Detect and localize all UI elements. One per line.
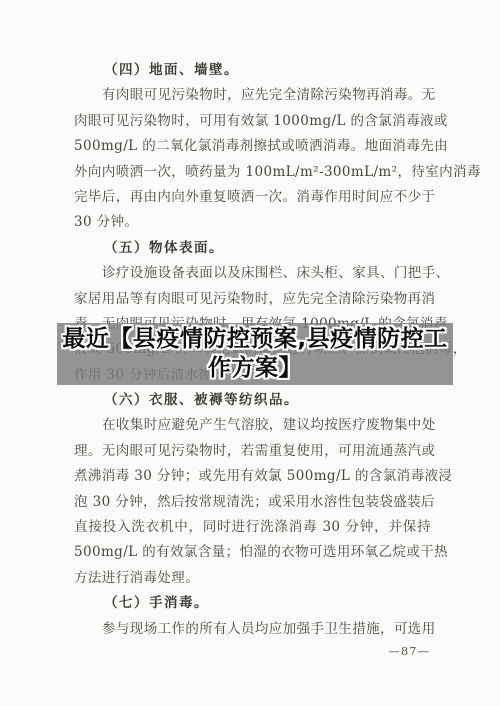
section-heading: （六）衣服、被褥等纺织品。 xyxy=(74,388,431,413)
document-line: 泡 30 分钟，然后按常规清洗；或采用水溶性包装袋盛装后 xyxy=(74,490,431,515)
document-line: 500mg/L 的二氧化氯消毒剂擦拭或喷洒消毒。地面消毒先由 xyxy=(74,134,431,159)
document-line: 直接投入洗衣机中，同时进行洗涤消毒 30 分钟，并保持 xyxy=(74,515,431,540)
document-line: 参与现场工作的所有人员均应加强手卫生措施，可选用 xyxy=(74,617,431,642)
document-line: 方法进行消毒处理。 xyxy=(74,566,431,591)
document-line: 家居用品等有肉眼可见污染物时，应先完全清除污染物再消 xyxy=(74,287,431,312)
article-title-line1: 最近【县疫情防控预案,县疫情防控工 xyxy=(62,325,447,354)
document-line: 有肉眼可见污染物时，应先完全清除污染物再消毒。无 xyxy=(74,83,431,108)
document-line: 诊疗设施设备表面以及床围栏、床头柜、家具、门把手、 xyxy=(74,261,431,286)
document-line: 500mg/L 的有效氯含量；怕湿的衣物可选用环氧乙烷或干热 xyxy=(74,540,431,565)
document-line: 在收集时应避免产生气溶胶，建议均按医疗废物集中处 xyxy=(74,413,431,438)
document-line: 理。无肉眼可见污染物时，若需重复使用，可用流通蒸汽或 xyxy=(74,439,431,464)
article-title-line2: 作方案】 xyxy=(208,354,302,383)
article-title-overlay[interactable]: 最近【县疫情防控预案,县疫情防控工 作方案】 xyxy=(57,323,453,385)
page-number: —87— xyxy=(388,644,430,658)
document-line: 肉眼可见污染物时，可用有效氯 1000mg/L 的含氯消毒液或 xyxy=(74,109,431,134)
document-line: 煮沸消毒 30 分钟；或先用有效氯 500mg/L 的含氯消毒液浸 xyxy=(74,464,431,489)
section-heading: （五）物体表面。 xyxy=(74,236,431,261)
document-line: 外向内喷洒一次，喷药量为 100mL/m²-300mL/m²，待室内消毒 xyxy=(74,160,431,185)
section-heading: （四）地面、墙壁。 xyxy=(74,58,431,83)
document-line: 完毕后，再由内向外重复喷洒一次。消毒作用时间应不少于 xyxy=(74,185,431,210)
scanned-document-page: （四）地面、墙壁。有肉眼可见污染物时，应先完全清除污染物再消毒。无肉眼可见污染物… xyxy=(0,0,500,706)
document-line: 30 分钟。 xyxy=(74,210,431,235)
section-heading: （七）手消毒。 xyxy=(74,591,431,616)
